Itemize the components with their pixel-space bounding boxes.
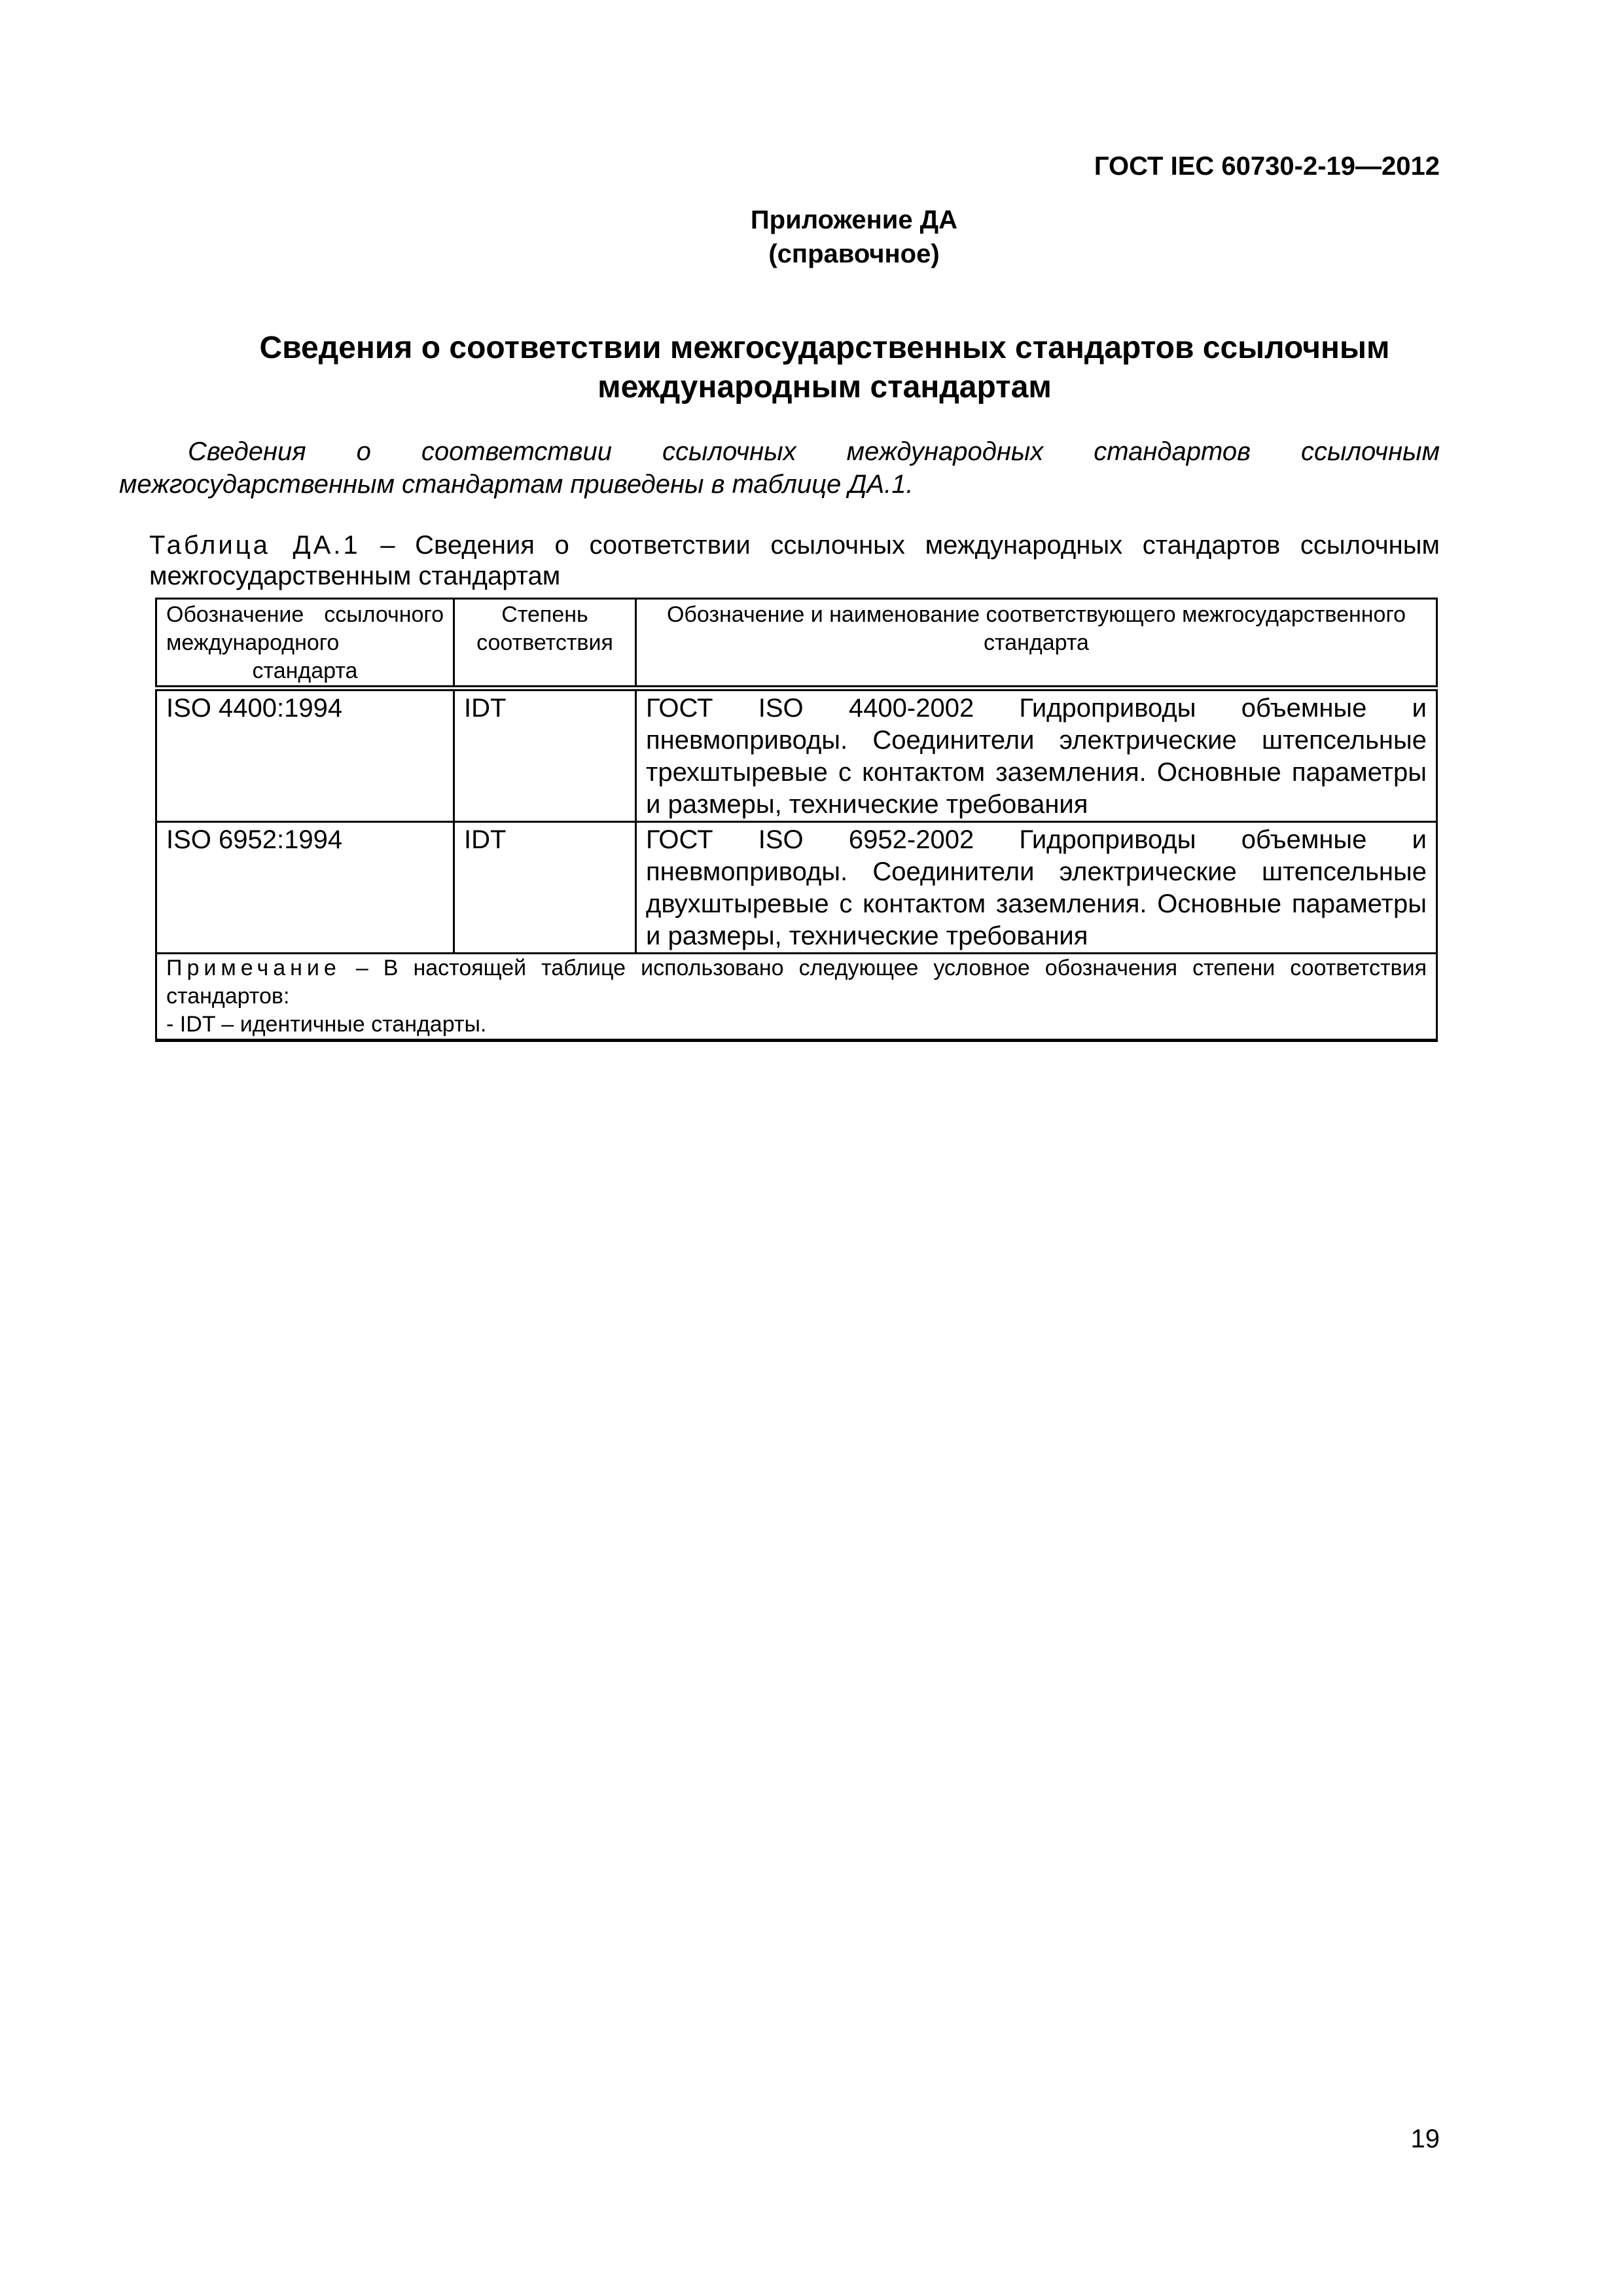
column-header-interstate-standard: Обозначение и наименование соответствующ…	[636, 599, 1437, 689]
table-header-row: Обозначение ссылочного международного ст…	[156, 599, 1437, 689]
cell-interstate-standard: ГОСТ ISO 6952-2002 Гидроприводы объемные…	[636, 822, 1437, 954]
appendix-subtitle: (справочное)	[85, 237, 1623, 271]
intro-paragraph: Сведения о соответствии ссылочных междун…	[119, 435, 1440, 501]
note-text: – В настоящей таблице использовано следу…	[166, 956, 1427, 1009]
appendix-title: Приложение ДА	[85, 203, 1623, 237]
standards-correspondence-table: Обозначение ссылочного международного ст…	[155, 598, 1438, 1042]
table-note-row: Примечание – В настоящей таблице использ…	[156, 954, 1437, 1041]
cell-international-standard: ISO 4400:1994	[156, 689, 454, 822]
document-code-header: ГОСТ IEC 60730-2-19—2012	[1094, 152, 1440, 181]
table-row: ISO 6952:1994 IDT ГОСТ ISO 6952-2002 Гид…	[156, 822, 1437, 954]
table-caption: Таблица ДА.1 – Сведения о соответствии с…	[149, 530, 1440, 592]
column-header-degree: Степень соответствия	[454, 599, 636, 689]
note-first-line: Примечание – В настоящей таблице использ…	[166, 954, 1427, 1011]
table-row: ISO 4400:1994 IDT ГОСТ ISO 4400-2002 Гид…	[156, 689, 1437, 822]
cell-degree: IDT	[454, 689, 636, 822]
section-title: Сведения о соответствии межгосударственн…	[131, 329, 1518, 407]
note-label: Примечание	[166, 956, 341, 980]
section-title-line-1: Сведения о соответствии межгосударственн…	[131, 329, 1518, 368]
cell-interstate-standard: ГОСТ ISO 4400-2002 Гидроприводы объемные…	[636, 689, 1437, 822]
section-title-line-2: международным стандартам	[131, 368, 1518, 407]
cell-international-standard: ISO 6952:1994	[156, 822, 454, 954]
appendix-heading: Приложение ДА (справочное)	[0, 203, 1623, 271]
page-number: 19	[1411, 2125, 1440, 2154]
cell-degree: IDT	[454, 822, 636, 954]
table-note: Примечание – В настоящей таблице использ…	[156, 954, 1437, 1041]
table-caption-label: Таблица ДА.1	[149, 531, 361, 560]
note-item: - IDT – идентичные стандарты.	[166, 1012, 486, 1037]
column-header-international-standard: Обозначение ссылочного международного ст…	[156, 599, 454, 689]
